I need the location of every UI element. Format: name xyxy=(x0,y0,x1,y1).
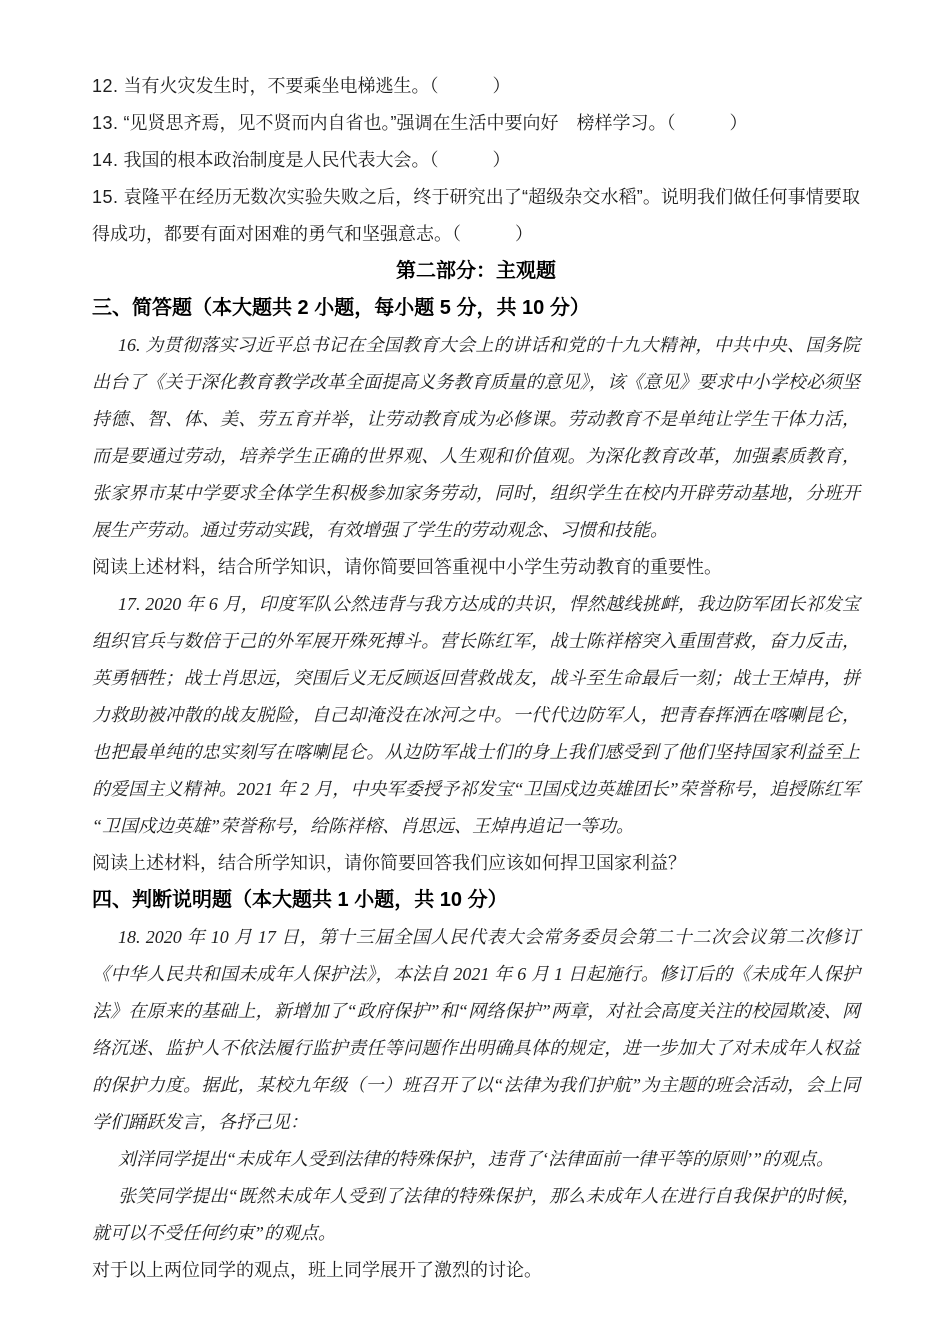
question-13-text: “见贤思齐焉，见不贤而内自省也。”强调在生活中要向好 榜样学习。 xyxy=(124,113,667,133)
question-12-number: 12. xyxy=(92,76,119,96)
question-18-material: 18. 2020 年 10 月 17 日，第十三届全国人民代表大会常务委员会第二… xyxy=(92,919,860,1141)
question-18-closing: 对于以上两位同学的观点，班上同学展开了激烈的讨论。 xyxy=(92,1252,860,1289)
question-14-text: 我国的根本政治制度是人民代表大会。 xyxy=(124,150,430,170)
section3-heading: 三、简答题（本大题共 2 小题，每小题 5 分，共 10 分） xyxy=(92,290,860,327)
question-18-viewpoint-zhangxiao: 张笑同学提出“既然未成年人受到了法律的特殊保护，那么未成年人在进行自我保护的时候… xyxy=(92,1178,860,1252)
question-15-number: 15. xyxy=(92,187,119,207)
question-15-answer-blank: （ ） xyxy=(452,224,533,244)
question-14-number: 14. xyxy=(92,150,119,170)
part2-title: 第二部分：主观题 xyxy=(92,253,860,290)
section4-heading: 四、判断说明题（本大题共 1 小题，共 10 分） xyxy=(92,882,860,919)
question-15: 15. 袁隆平在经历无数次实验失败之后，终于研究出了“超级杂交水稻”。说明我们做… xyxy=(92,179,860,253)
question-12: 12. 当有火灾发生时，不要乘坐电梯逃生。（ ） xyxy=(92,68,860,105)
question-18-viewpoint-liuyang: 刘洋同学提出“未成年人受到法律的特殊保护，违背了‘法律面前一律平等的原则’”的观… xyxy=(92,1141,860,1178)
question-12-text: 当有火灾发生时，不要乘坐电梯逃生。 xyxy=(124,76,430,96)
question-14-answer-blank: （ ） xyxy=(430,150,511,170)
question-14: 14. 我国的根本政治制度是人民代表大会。（ ） xyxy=(92,142,860,179)
question-13-answer-blank: （ ） xyxy=(667,113,748,133)
question-16-material: 16. 为贯彻落实习近平总书记在全国教育大会上的讲话和党的十九大精神，中共中央、… xyxy=(92,327,860,549)
question-17-prompt: 阅读上述材料，结合所学知识，请你简要回答我们应该如何捍卫国家利益？ xyxy=(92,845,860,882)
question-16-prompt: 阅读上述材料，结合所学知识，请你简要回答重视中小学生劳动教育的重要性。 xyxy=(92,549,860,586)
exam-page: 12. 当有火灾发生时，不要乘坐电梯逃生。（ ） 13. “见贤思齐焉，见不贤而… xyxy=(0,0,950,1344)
question-17-material: 17. 2020 年 6 月，印度军队公然违背与我方达成的共识，悍然越线挑衅，我… xyxy=(92,586,860,845)
question-12-answer-blank: （ ） xyxy=(430,76,511,96)
question-13: 13. “见贤思齐焉，见不贤而内自省也。”强调在生活中要向好 榜样学习。（ ） xyxy=(92,105,860,142)
question-13-number: 13. xyxy=(92,113,119,133)
